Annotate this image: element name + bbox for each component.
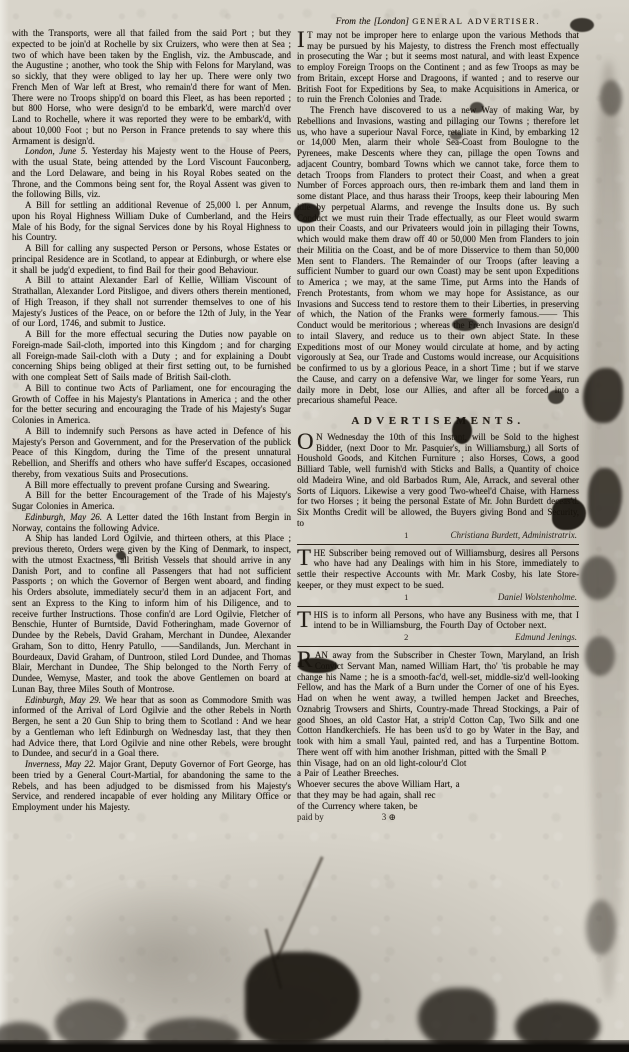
dateline: London, June 5. xyxy=(25,146,88,156)
drop-cap: I xyxy=(297,30,307,49)
paragraph-text: A Bill more effectually to prevent profa… xyxy=(25,480,270,490)
ad-number: 2 xyxy=(404,633,408,642)
paid-by-text: paid by xyxy=(297,812,324,823)
paid-by-row: paid by 3 ⊕ xyxy=(297,812,579,823)
drop-cap: R xyxy=(297,650,315,669)
paragraph-text: A Bill for settling an additional Revenu… xyxy=(12,200,291,242)
news-paragraph: Inverness, May 22. Major Grant, Deputy G… xyxy=(12,759,291,813)
newspaper-page: with the Transports, were all that faile… xyxy=(0,0,629,1052)
article-paragraph: IT may not be improper here to enlarge u… xyxy=(297,30,579,105)
news-paragraph: Edinburgh, May 26. A Letter dated the 16… xyxy=(12,512,291,534)
ad-text-paragraph: RAN away from the Subscriber in Chester … xyxy=(297,650,579,758)
article-paragraph: The French have discovered to us a new W… xyxy=(297,105,579,406)
paragraph-text: A Bill to continue two Acts of Parliamen… xyxy=(12,383,291,425)
paragraph-text: The French have discovered to us a new W… xyxy=(297,105,579,405)
news-paragraph: A Bill to attaint Alexander Earl of Kell… xyxy=(12,275,291,329)
paragraph-text: with the Transports, were all that faile… xyxy=(12,28,291,146)
water-stain xyxy=(40,880,280,1030)
advertisement: THE Subscriber being removed out of Will… xyxy=(297,548,579,607)
margin-stain xyxy=(588,468,622,528)
paragraph-text: N Wednesday the 10th of this Instant, wi… xyxy=(297,432,579,528)
advertisements-heading: ADVERTISEMENTS. xyxy=(297,416,579,427)
dateline: Edinburgh, May 26. xyxy=(25,512,102,522)
advertisement: RAN away from the Subscriber in Chester … xyxy=(297,650,579,823)
torn-line: that they may be had again, shall rec xyxy=(297,790,579,801)
masthead-title: GENERAL ADVERTISER. xyxy=(412,16,540,26)
signature-row: 1 Daniel Wolstenholme. xyxy=(297,592,579,604)
ad-text-paragraph: ON Wednesday the 10th of this Instant, w… xyxy=(297,432,579,529)
ink-stain-large xyxy=(418,988,496,1050)
news-paragraph: Edinburgh, May 29. We hear that as soon … xyxy=(12,695,291,760)
paragraph-text: HE Subscriber being removed out of Willi… xyxy=(297,548,579,590)
paragraph-text: A Ship has landed Lord Ogilvie, and thir… xyxy=(12,533,291,694)
masthead-source: From the [London] xyxy=(336,16,409,26)
news-paragraph: A Bill to indemnify such Persons as have… xyxy=(12,426,291,480)
drop-cap: O xyxy=(297,432,316,451)
ad-text-paragraph: THE Subscriber being removed out of Will… xyxy=(297,548,579,591)
ad-divider xyxy=(297,646,579,647)
margin-stain xyxy=(585,636,615,676)
paragraph-text: AN away from the Subscriber in Chester T… xyxy=(297,650,579,757)
crack-stain xyxy=(265,929,283,990)
advertisement: ON Wednesday the 10th of this Instant, w… xyxy=(297,432,579,545)
dateline: Inverness, May 22. xyxy=(25,759,96,769)
paragraph-text: A Bill for the better Encouragement of t… xyxy=(12,490,291,511)
ink-stain-large xyxy=(515,1002,600,1052)
margin-stain xyxy=(588,60,629,1000)
ink-stain-large xyxy=(145,1018,240,1052)
paragraph-text: A Bill for the more effectual securing t… xyxy=(12,329,291,382)
paragraph-text: T may not be improper here to enlarge up… xyxy=(297,30,579,105)
news-paragraph: A Bill for calling any suspected Person … xyxy=(12,243,291,275)
torn-line: of the Currency where taken, be xyxy=(297,801,579,812)
bottom-edge-shadow xyxy=(0,1040,629,1052)
margin-stain xyxy=(600,80,622,116)
signature-row: 2 Edmund Jenings. xyxy=(297,632,579,644)
margin-stain xyxy=(580,556,616,600)
paragraph-text: HIS is to inform all Persons, who have a… xyxy=(314,610,579,631)
news-paragraph: A Bill for the better Encouragement of t… xyxy=(12,490,291,512)
news-paragraph: with the Transports, were all that faile… xyxy=(12,28,291,146)
torn-line: Whoever secures the above William Hart, … xyxy=(297,779,579,790)
crack-stain xyxy=(275,856,323,960)
dateline: Edinburgh, May 29. xyxy=(25,695,101,705)
margin-stain xyxy=(583,368,623,423)
paragraph-text: A Bill for calling any suspected Person … xyxy=(12,243,291,275)
ink-stain-large xyxy=(245,952,360,1044)
left-column: with the Transports, were all that faile… xyxy=(12,28,291,813)
ad-signature: Christiana Burdett, Administratrix. xyxy=(450,530,577,540)
news-paragraph: London, June 5. Yesterday his Majesty we… xyxy=(12,146,291,200)
advertisement: THIS is to inform all Persons, who have … xyxy=(297,610,579,648)
torn-line: thin Visage, had on an old light-colour'… xyxy=(297,758,579,769)
signature-row: 1 Christiana Burdett, Administratrix. xyxy=(297,530,579,542)
ad-number: 1 xyxy=(404,593,408,602)
news-paragraph: A Bill more effectually to prevent profa… xyxy=(12,480,291,491)
paragraph-text: A Bill to attaint Alexander Earl of Kell… xyxy=(12,275,291,328)
ad-divider xyxy=(297,544,579,545)
ad-divider xyxy=(297,606,579,607)
press-figure-mark: 3 ⊕ xyxy=(382,812,396,823)
drop-cap: T xyxy=(297,548,314,567)
ad-number: 1 xyxy=(404,531,408,540)
drop-cap: T xyxy=(297,610,314,629)
news-paragraph: A Ship has landed Lord Ogilvie, and thir… xyxy=(12,533,291,694)
news-paragraph: A Bill to continue two Acts of Parliamen… xyxy=(12,383,291,426)
torn-line: a Pair of Leather Breeches. xyxy=(297,768,579,779)
ink-stain-large xyxy=(0,1022,50,1052)
ad-signature: Edmund Jenings. xyxy=(515,632,577,642)
paragraph-text: A Bill to indemnify such Persons as have… xyxy=(12,426,291,479)
ad-text-paragraph: THIS is to inform all Persons, who have … xyxy=(297,610,579,632)
masthead: From the [London] GENERAL ADVERTISER. xyxy=(297,16,579,27)
news-paragraph: A Bill for the more effectual securing t… xyxy=(12,329,291,383)
margin-stain xyxy=(586,900,616,955)
right-column: From the [London] GENERAL ADVERTISER. IT… xyxy=(297,16,579,823)
ink-stain-large xyxy=(55,1000,127,1048)
ad-signature: Daniel Wolstenholme. xyxy=(498,592,577,602)
news-paragraph: A Bill for settling an additional Revenu… xyxy=(12,200,291,243)
